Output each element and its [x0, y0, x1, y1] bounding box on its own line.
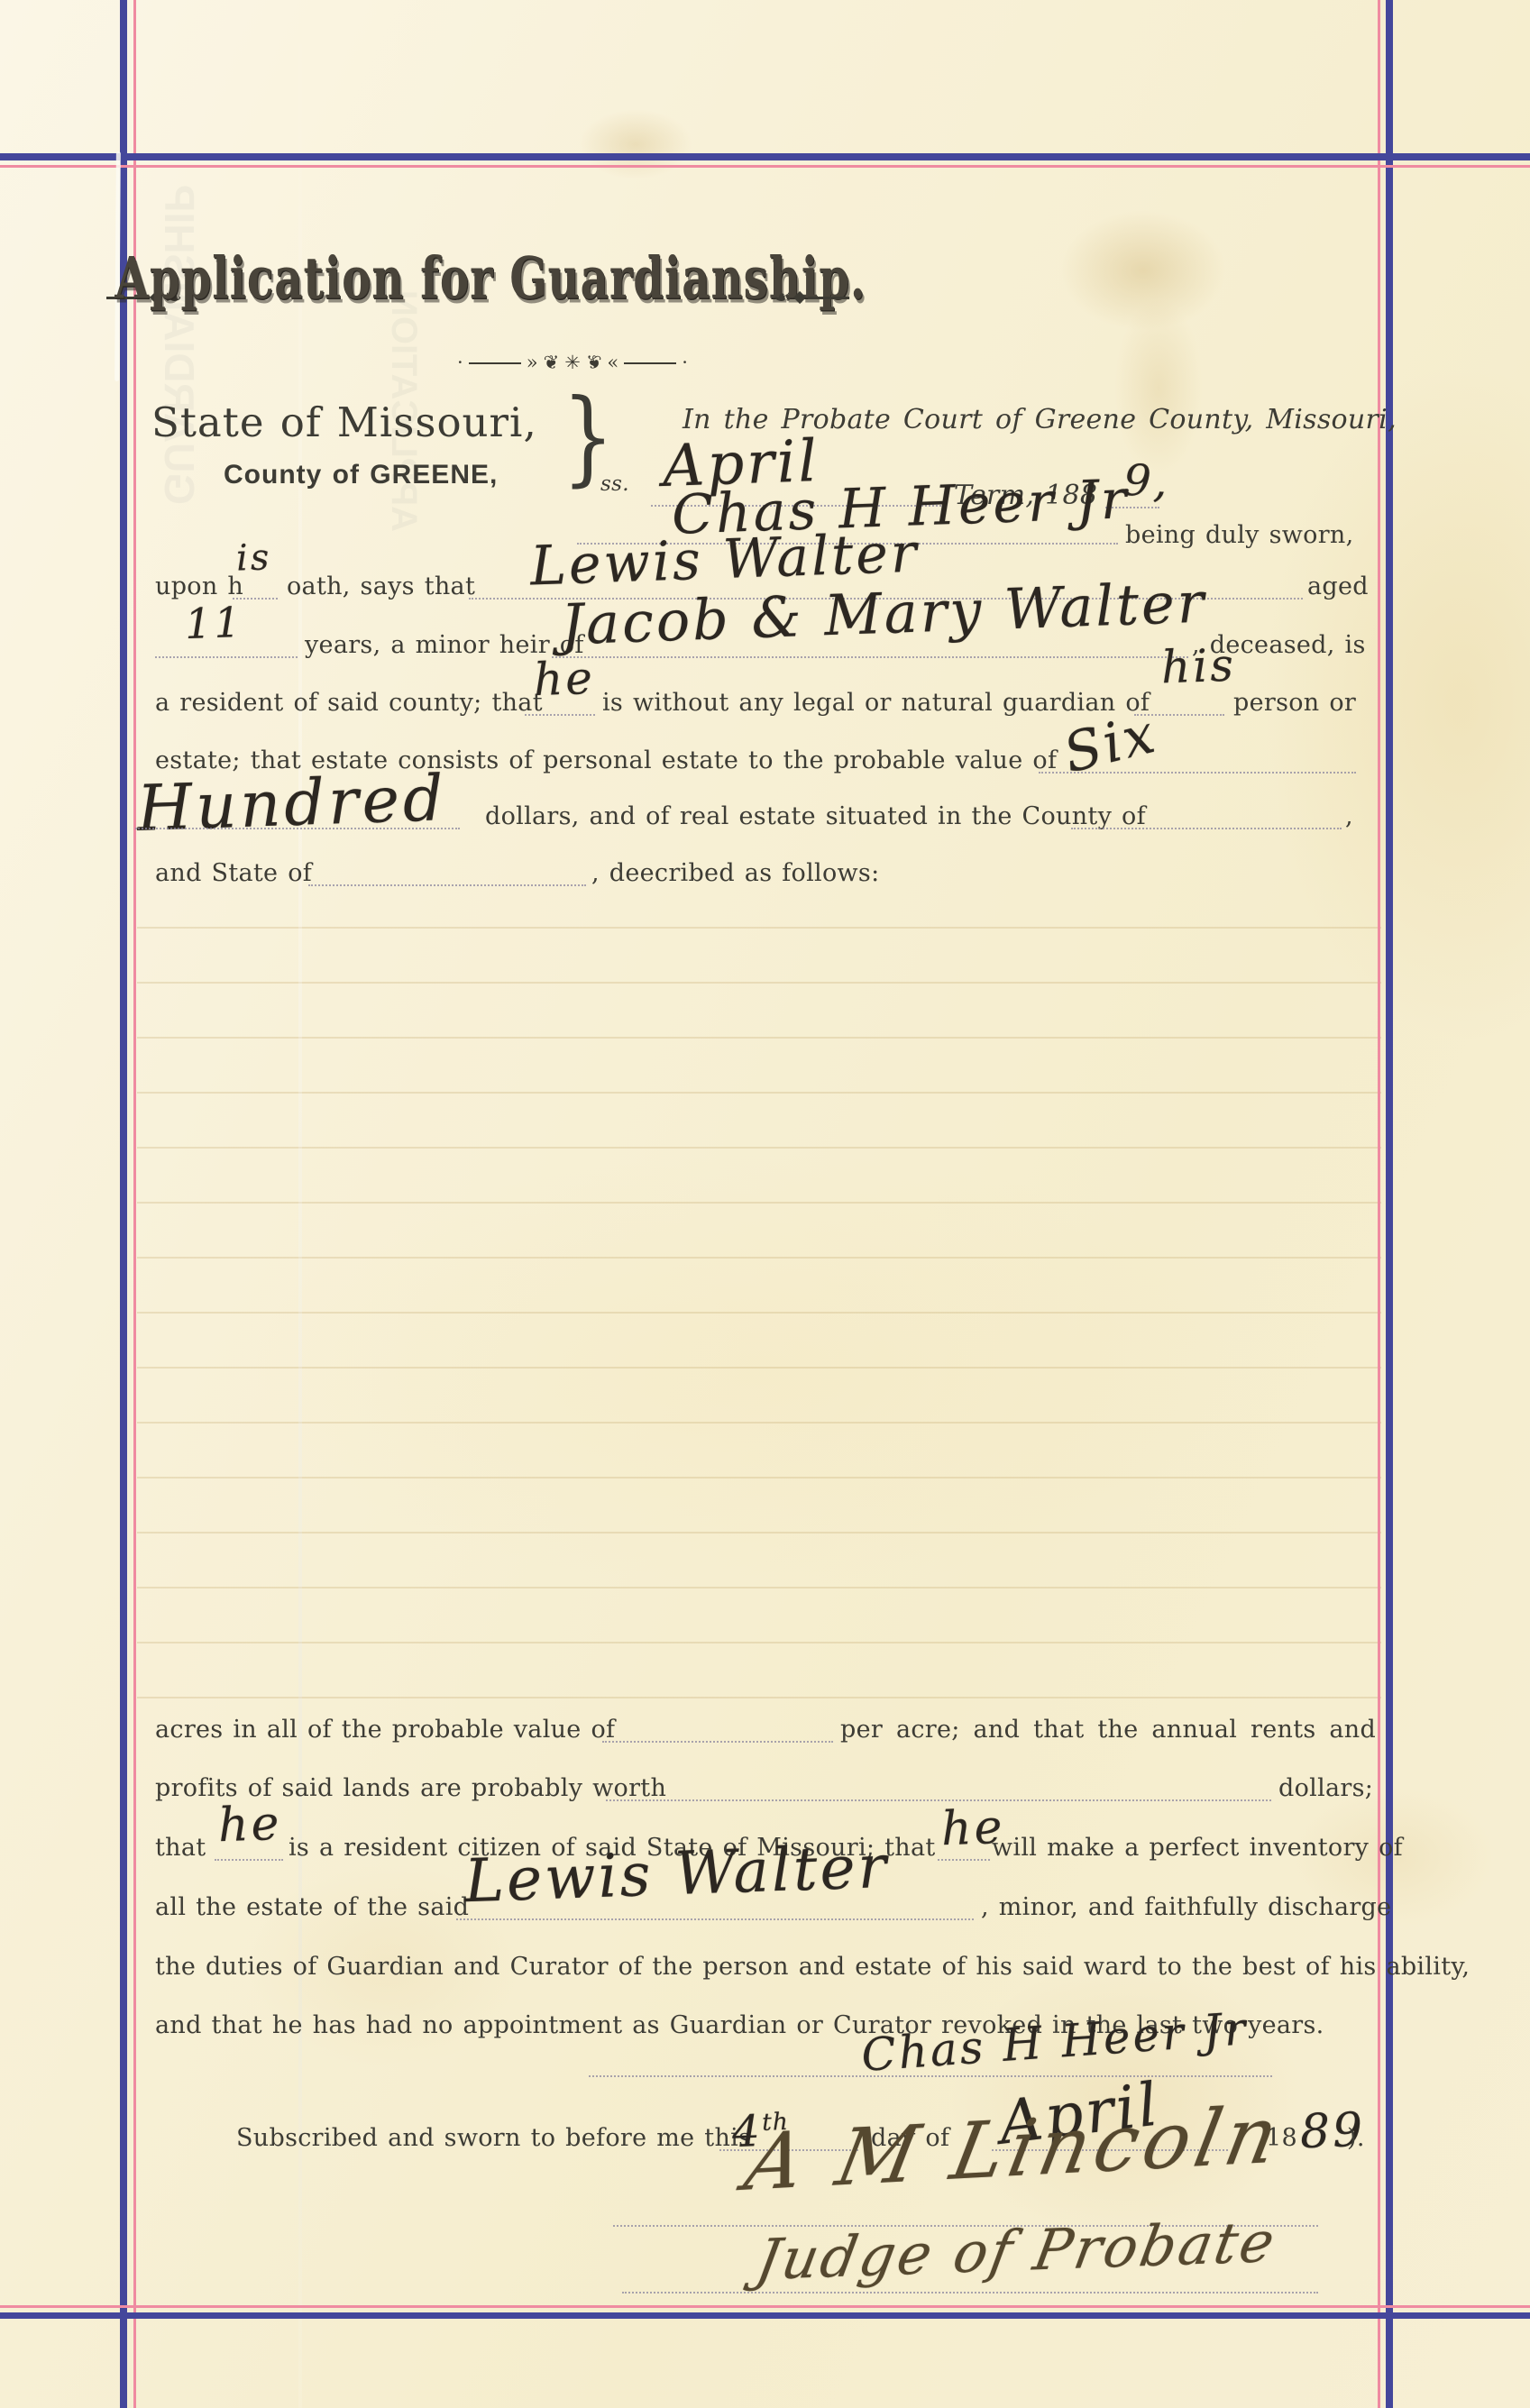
flourish-ornament-right: ❧ — [774, 287, 849, 308]
acres-text-a: acres in all of the probable value of — [155, 1716, 615, 1744]
border-line-pink-top — [0, 165, 1530, 168]
per-acre-blank — [602, 1741, 833, 1743]
parents-names-blank — [552, 656, 1188, 658]
border-line-pink-left — [133, 0, 136, 2408]
judge-title-blank — [622, 2292, 1318, 2294]
ward-name-blank-2 — [456, 1918, 974, 1920]
divider-chevron-icon: « — [607, 353, 618, 372]
county-comma: , — [1345, 802, 1353, 830]
sworn-text: being duly sworn, — [1125, 521, 1354, 549]
real-estate-county-text: dollars, and of real estate situated in … — [485, 802, 1146, 830]
that-label: that — [155, 1834, 206, 1862]
flourish-leaf-icon: ❧ — [774, 287, 792, 308]
he-blank-1 — [525, 714, 595, 716]
divider-star-icon: ✳ — [564, 353, 581, 372]
value-hundred-handwritten: Hundred — [136, 761, 448, 846]
flourish-bar — [808, 297, 849, 299]
acres-text-b: per acre; and that the annual rents and — [840, 1716, 1376, 1744]
border-line-blue-bottom — [0, 2312, 1530, 2319]
all-estate-text: all the estate of the said — [155, 1893, 469, 1921]
fold-crease — [298, 0, 302, 2408]
border-line-blue-left — [120, 0, 127, 2408]
title-divider-ornament: · » ❦ ✳ ❦ « · — [410, 353, 735, 372]
divider-leaf-icon: ❦ — [586, 353, 602, 372]
document-title-row: Application for Guardianship. — [87, 245, 835, 300]
border-line-pink-bottom — [0, 2305, 1530, 2308]
border-line-pink-right — [1378, 0, 1380, 2408]
he-handwritten-2: he — [217, 1797, 282, 1853]
minor-discharge-text: , minor, and faithfully discharge — [981, 1893, 1391, 1921]
divider-bar — [469, 362, 521, 364]
resident-text-c: person or — [1233, 689, 1356, 717]
document-title: Application for Guardianship. — [115, 245, 866, 312]
state-of-blank — [308, 884, 586, 886]
divider-leaf-icon: ❦ — [544, 353, 560, 372]
subscribed-text: Subscribed and sworn to before me this — [236, 2124, 751, 2152]
county-blank — [1071, 828, 1342, 829]
dollars-semicolon: dollars; — [1278, 1774, 1373, 1802]
ruled-lines — [137, 927, 1381, 1720]
county-line: County of GREENE, — [224, 460, 498, 490]
state-line: State of Missouri, — [151, 398, 537, 446]
state-of-text: and State of — [155, 859, 312, 887]
border-line-blue-top — [0, 153, 1530, 160]
he-blank-3 — [938, 1859, 990, 1861]
resident-text-a: a resident of said county; that — [155, 689, 543, 717]
divider-bar — [624, 362, 676, 364]
age-blank — [155, 656, 298, 658]
affiant-signature-blank — [589, 2075, 1272, 2077]
age-handwritten: 11 — [184, 598, 243, 648]
divider-dot: · — [457, 353, 463, 372]
flourish-diamond — [793, 291, 806, 304]
described-text: , deecribed as follows: — [591, 859, 879, 887]
duties-text: the duties of Guardian and Curator of th… — [155, 1953, 1470, 1981]
resident-text-b: is without any legal or natural guardian… — [602, 689, 1150, 717]
document-page: GUARDIANSHIP APPLICATION ❧ Application f… — [0, 0, 1530, 2408]
divider-dot: · — [682, 353, 688, 372]
his-insert-handwritten: is — [235, 536, 272, 579]
profits-blank — [606, 1799, 1271, 1801]
value-hundred-blank — [135, 828, 460, 829]
upon-oath-suffix: oath, says that — [287, 572, 475, 600]
term-year-handwritten: 9, — [1122, 455, 1172, 508]
inventory-text: will make a perfect inventory of — [992, 1834, 1403, 1862]
border-line-blue-right — [1386, 0, 1393, 2408]
year-close-paren: ). — [1347, 2124, 1365, 2152]
he-handwritten-1: he — [533, 652, 596, 706]
his-handwritten: his — [1160, 639, 1237, 694]
divider-chevron-icon: » — [527, 353, 538, 372]
bleed-through-text: GUARDIANSHIP — [155, 185, 204, 505]
ward-name-handwritten-2: Lewis Walter — [463, 1832, 890, 1916]
he-blank-2 — [215, 1859, 283, 1861]
upon-oath-prefix: upon h — [155, 572, 243, 600]
aged-label: aged — [1307, 572, 1369, 600]
ss-label: ss. — [600, 472, 629, 496]
